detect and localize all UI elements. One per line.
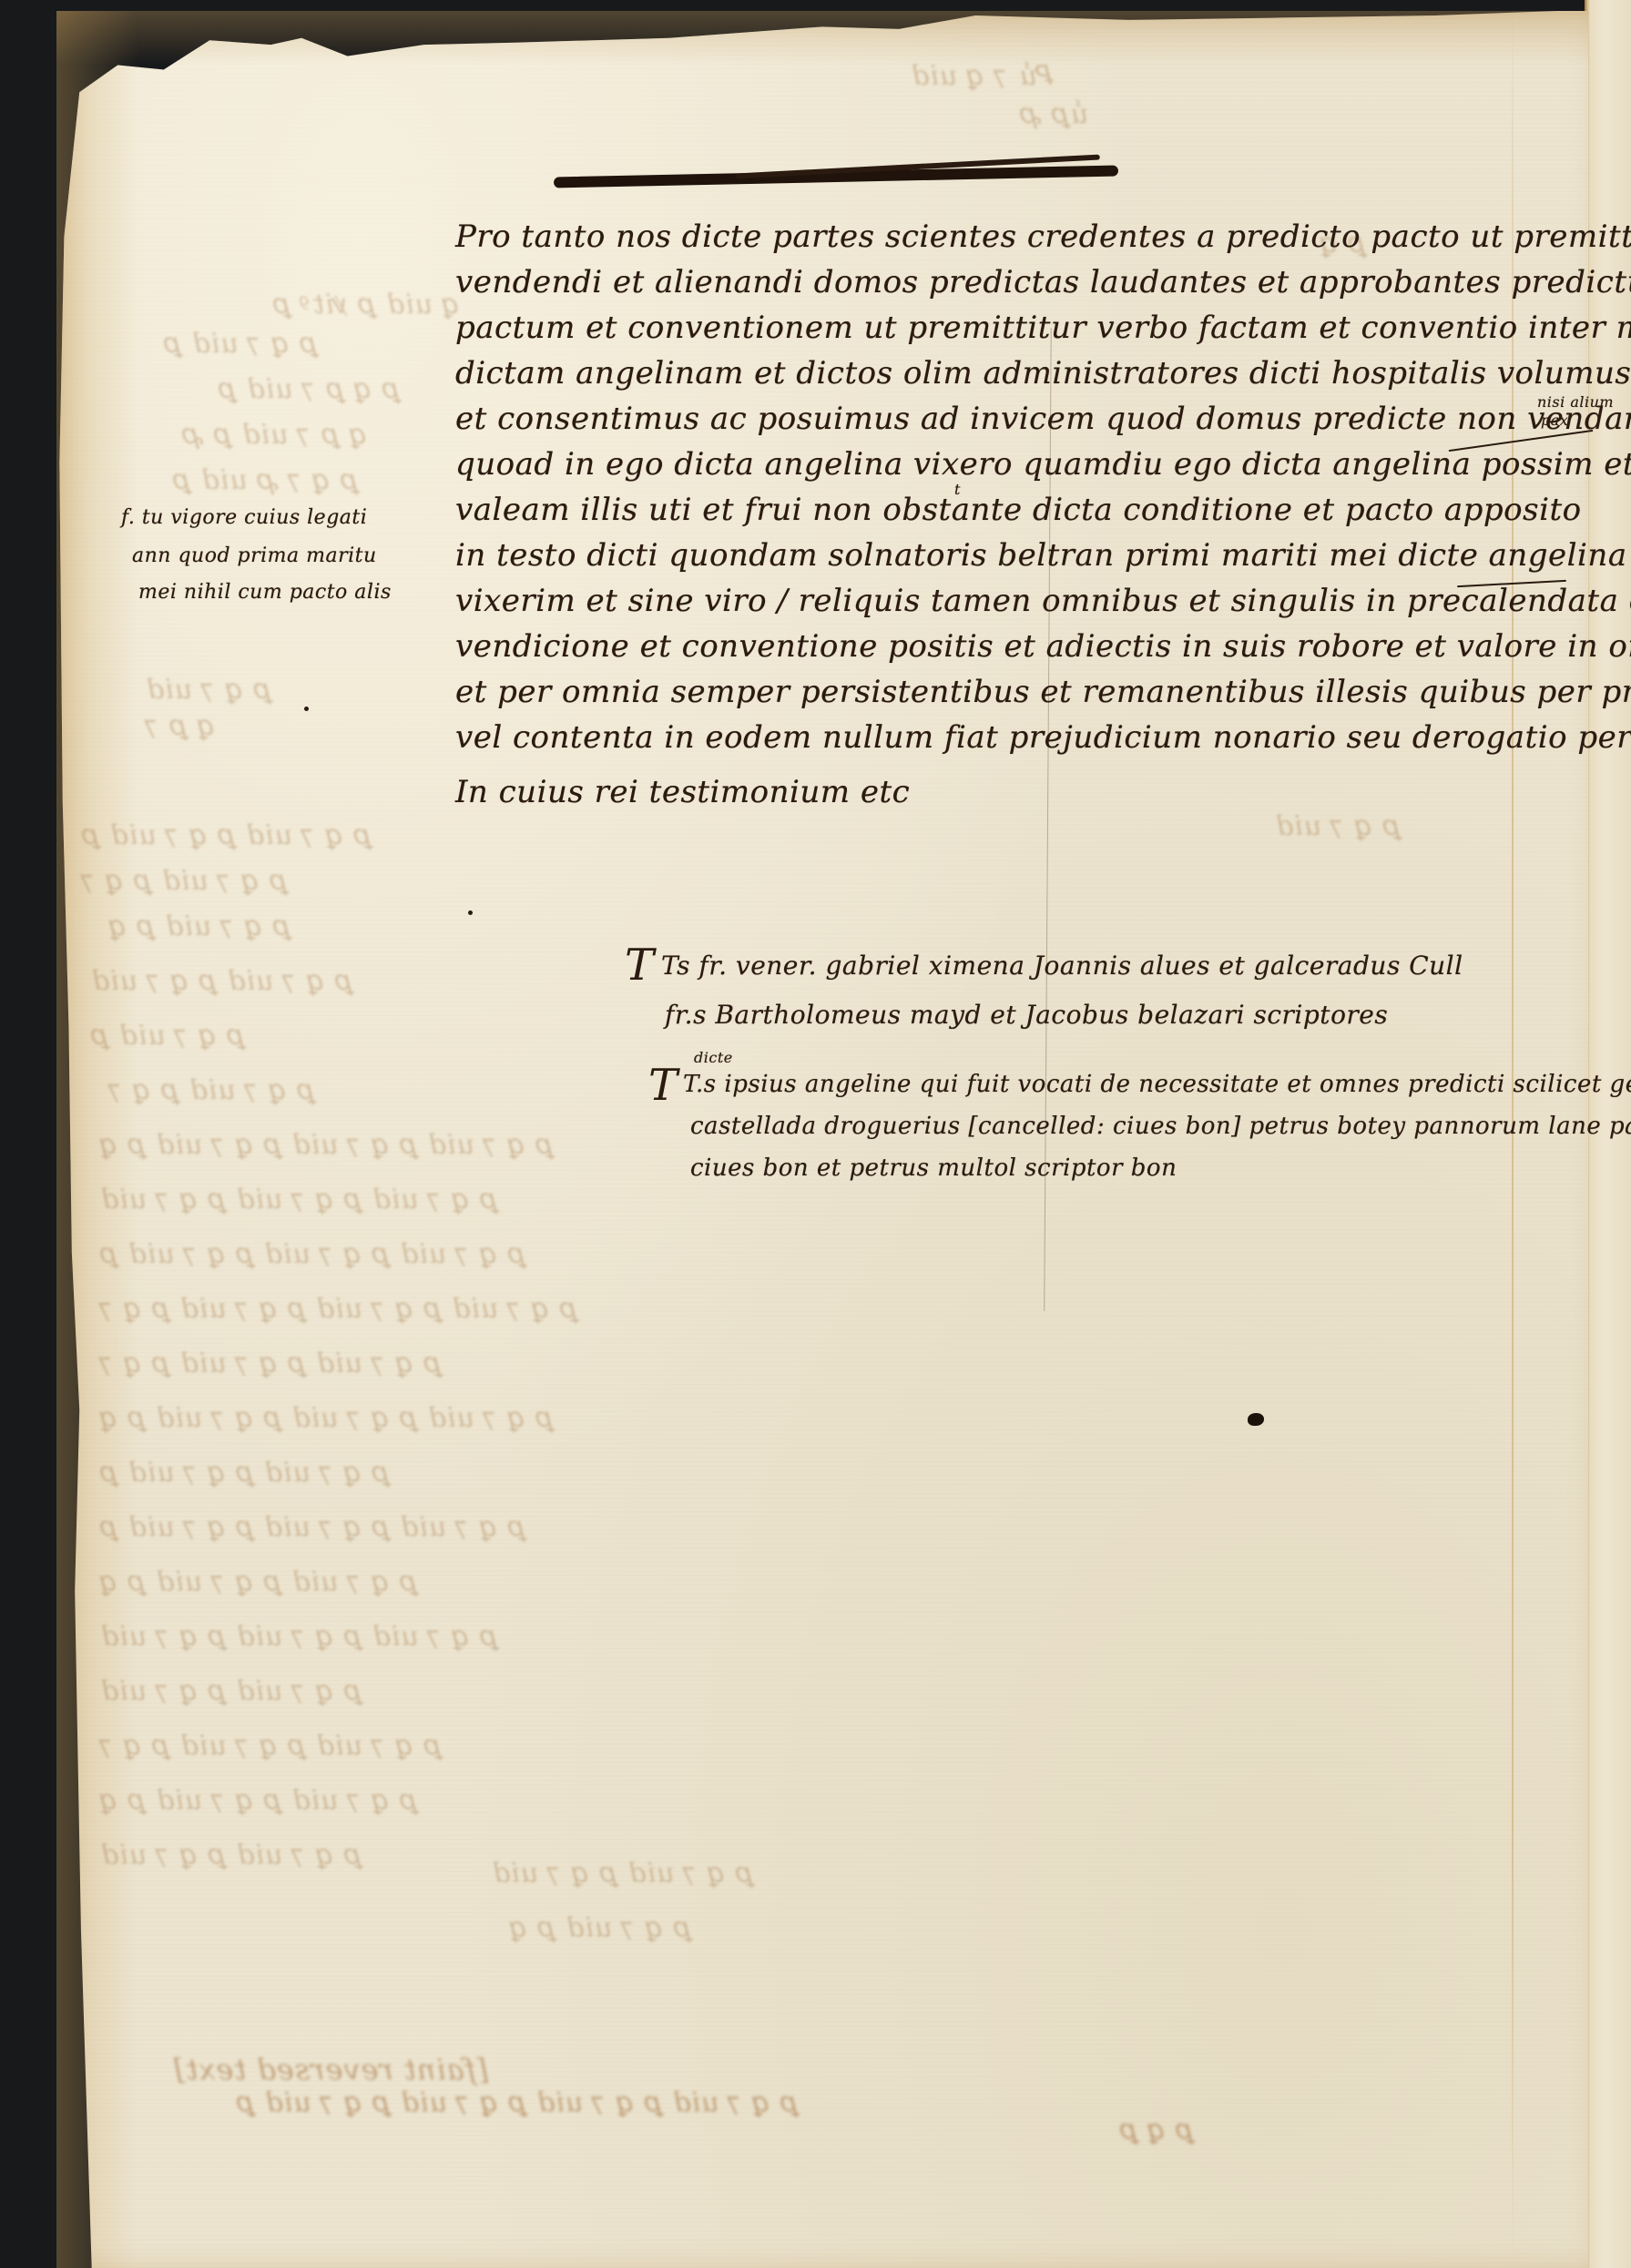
margin-note-line: f. tu vigore cuius legati [121, 506, 367, 529]
text-line: valeam illis uti et frui non obstante di… [455, 492, 1582, 528]
witness-line: ciues bon et petrus multol scriptor bon [690, 1154, 1177, 1182]
text-line: pactum et conventionem ut premittitur ve… [455, 310, 1631, 346]
text-line: In cuius rei testimonium etc [455, 774, 910, 810]
text-line: et consentimus ac posuimus ad invicem qu… [455, 401, 1631, 437]
paraph-mark: T [648, 1060, 678, 1111]
text-line: vel contenta in eodem nullum fiat prejud… [455, 719, 1631, 756]
witness-line: fr.s Bartholomeus mayd et Jacobus belaza… [665, 1000, 1388, 1030]
interlinear-insert: t [954, 481, 961, 498]
text-line: in testo dicti quondam solnatoris beltra… [455, 537, 1631, 574]
paraph-mark: T [625, 940, 654, 991]
text-line: quoad in ego dicta angelina vixero quamd… [455, 446, 1631, 483]
text-line: Pro tanto nos dicte partes scientes cred… [455, 219, 1631, 255]
text-line: vendendi et alienandi domos predictas la… [455, 264, 1631, 300]
witness-line: Ts fr. vener. gabriel ximena Joannis alu… [661, 951, 1463, 981]
margin-note-line: mei nihil cum pacto alis [138, 581, 392, 604]
ink-dot [304, 707, 309, 711]
text-line: et per omnia semper persistentibus et re… [455, 674, 1631, 710]
witness-line: T.s ipsius angeline qui fuit vocati de n… [683, 1071, 1631, 1098]
ink-blot [1248, 1413, 1264, 1426]
text-line: vendicione et conventione positis et adi… [455, 628, 1631, 665]
interlinear-insert: pax [1541, 412, 1568, 429]
interlinear-insert: dicte [694, 1049, 733, 1066]
margin-note-line: ann quod prima maritu [132, 544, 377, 567]
ink-dot [468, 910, 473, 915]
text-line: vixerim et sine viro / reliquis tamen om… [455, 583, 1631, 619]
text-line: dictam angelinam et dictos olim administ… [455, 355, 1631, 392]
interlinear-insert: nisi alium [1537, 393, 1614, 411]
cancelled-heading [554, 164, 1118, 188]
witness-line: castellada droguerius [cancelled: ciues … [690, 1113, 1631, 1140]
